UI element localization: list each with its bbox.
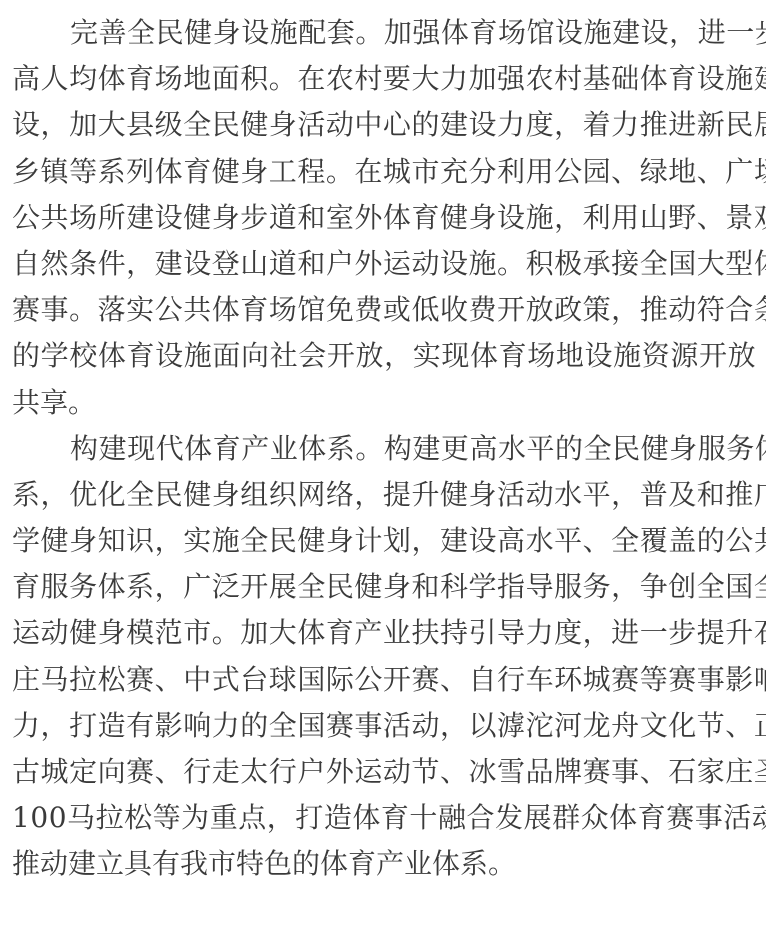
text-line: 赛 事 。 落 实 公 共 体 育 场 馆 免 费 或 低 收 费 开 放 政 …: [12, 287, 756, 333]
text-line: 构 建 现 代 体 育 产 业 体 系 。 构 建 更 高 水 平 的 全 民 …: [12, 426, 756, 472]
text-line: 完 善 全 民 健 身 设 施 配 套 。 加 强 体 育 场 馆 设 施 建 …: [12, 10, 756, 56]
text-line: 推动建立具有我市特色的体育产业体系。: [12, 841, 756, 887]
paragraph-fitness-facilities: 完 善 全 民 健 身 设 施 配 套 。 加 强 体 育 场 馆 设 施 建 …: [12, 10, 756, 426]
text-line: 设 ， 加 大 县 级 全 民 健 身 活 动 中 心 的 建 设 力 度 ， …: [12, 102, 756, 148]
paragraph-sports-industry: 构 建 现 代 体 育 产 业 体 系 。 构 建 更 高 水 平 的 全 民 …: [12, 426, 756, 888]
text-line: 力 ， 打 造 有 影 响 力 的 全 国 赛 事 活 动 ， 以 滹 沱 河 …: [12, 703, 756, 749]
text-line: 1 0 0 马 拉 松 等 为 重 点 ， 打 造 体 育 十 融 合 发 展 …: [12, 795, 756, 841]
text-line: 古 城 定 向 赛 、 行 走 太 行 户 外 运 动 节 、 冰 雪 品 牌 …: [12, 749, 756, 795]
text-line: 乡 镇 等 系 列 体 育 健 身 工 程 。 在 城 市 充 分 利 用 公 …: [12, 149, 756, 195]
text-line: 庄 马 拉 松 赛 、 中 式 台 球 国 际 公 开 赛 、 自 行 车 环 …: [12, 657, 756, 703]
text-line: 的 学 校 体 育 设 施 面 向 社 会 开 放 ， 实 现 体 育 场 地 …: [12, 333, 756, 379]
text-line: 学 健 身 知 识 ， 实 施 全 民 健 身 计 划 ， 建 设 高 水 平 …: [12, 518, 756, 564]
document-page: 完 善 全 民 健 身 设 施 配 套 。 加 强 体 育 场 馆 设 施 建 …: [12, 10, 756, 888]
text-line: 自 然 条 件 ， 建 设 登 山 道 和 户 外 运 动 设 施 。 积 极 …: [12, 241, 756, 287]
text-line: 系 ， 优 化 全 民 健 身 组 织 网 络 ， 提 升 健 身 活 动 水 …: [12, 472, 756, 518]
text-line: 运 动 健 身 模 范 市 。 加 大 体 育 产 业 扶 持 引 导 力 度 …: [12, 610, 756, 656]
text-line: 公 共 场 所 建 设 健 身 步 道 和 室 外 体 育 健 身 设 施 ， …: [12, 195, 756, 241]
text-line: 育 服 务 体 系 ， 广 泛 开 展 全 民 健 身 和 科 学 指 导 服 …: [12, 564, 756, 610]
text-line: 共享。: [12, 380, 756, 426]
text-line: 高 人 均 体 育 场 地 面 积 。 在 农 村 要 大 力 加 强 农 村 …: [12, 56, 756, 102]
